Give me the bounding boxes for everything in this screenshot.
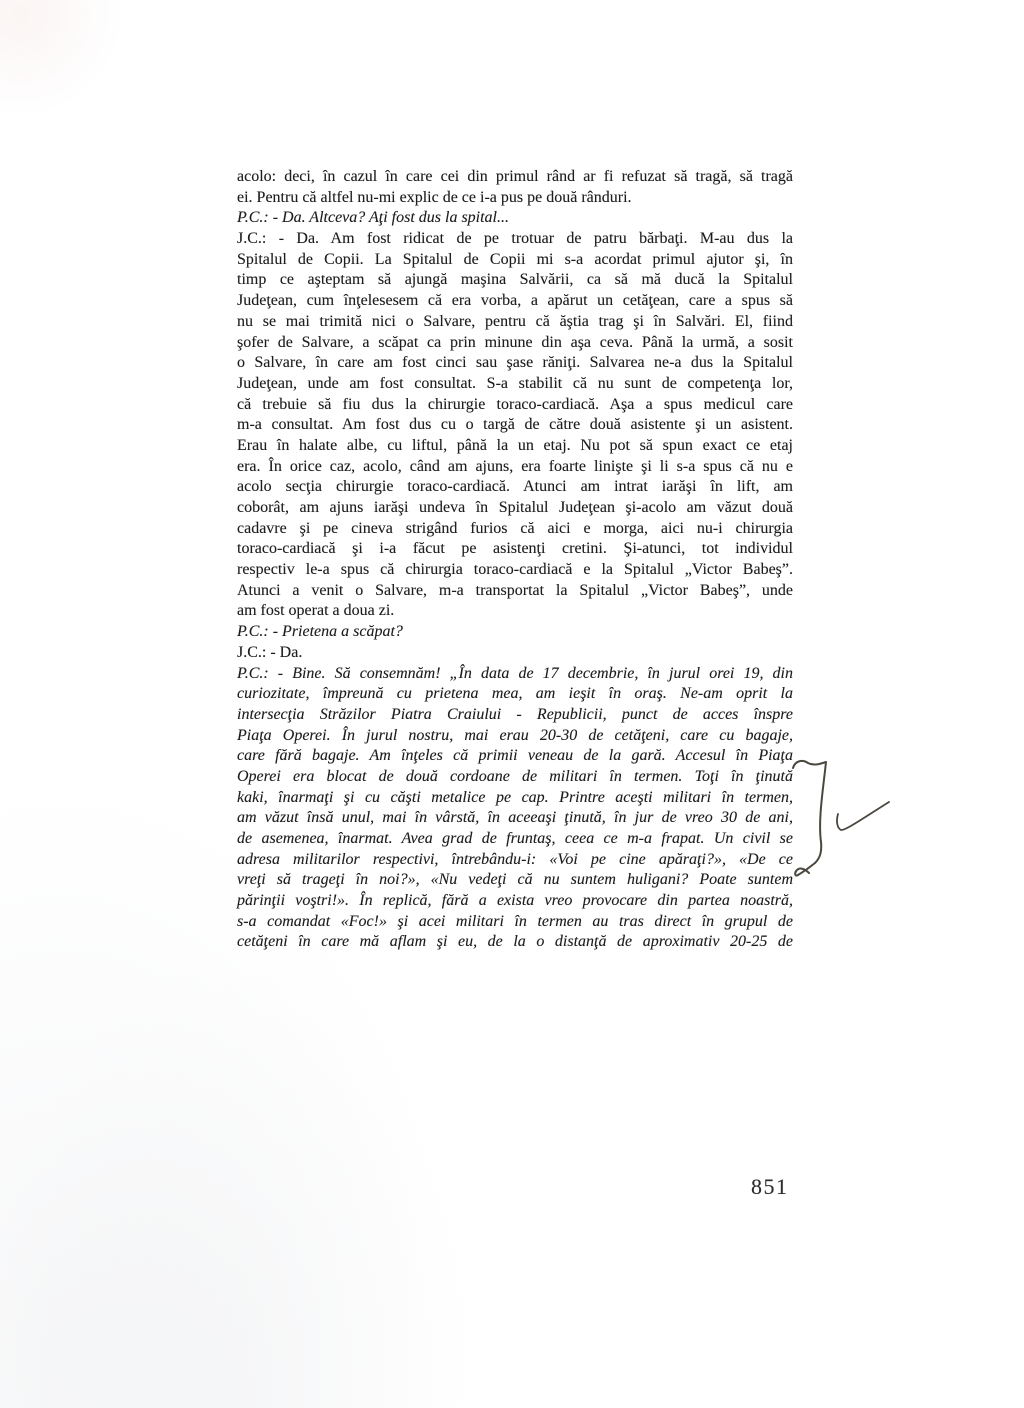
scanned-page: acolo: deci, în cazul în care cei din pr… <box>0 0 1024 1408</box>
text-line: acolo: deci, în cazul în care cei din pr… <box>237 167 793 188</box>
text-line: cadavre şi pe cineva strigând furios că … <box>237 519 793 540</box>
text-line: am văzut însă unul, mai în vârstă, în ac… <box>237 808 793 829</box>
text-line: J.C.: - Da. Am fost ridicat de pe trotua… <box>237 229 793 250</box>
text-line: Judeţean, unde am fost consultat. S-a st… <box>237 374 793 395</box>
text-line: toraco-cardiacă şi i-a făcut pe asistenţ… <box>237 539 793 560</box>
text-line: Operei era blocat de două cordoane de mi… <box>237 767 793 788</box>
page-text: acolo: deci, în cazul în care cei din pr… <box>237 167 793 953</box>
text-line: P.C.: - Bine. Să consemnăm! „În data de … <box>237 664 793 685</box>
text-line: o Salvare, în care am fost cinci sau şas… <box>237 353 793 374</box>
text-line: adresa militarilor respectivi, întrebând… <box>237 850 793 871</box>
text-line: de asemenea, înarmat. Avea grad de frunt… <box>237 829 793 850</box>
text-line: că trebuie să fiu dus la chirurgie torac… <box>237 395 793 416</box>
text-line: Judeţean, cum înţelesesem că era vorba, … <box>237 291 793 312</box>
text-line: curiozitate, împreună cu prietena mea, a… <box>237 684 793 705</box>
text-line: kaki, înarmaţi şi cu căşti metalice pe c… <box>237 788 793 809</box>
text-line: nu se mai trimită nici o Salvare, pentru… <box>237 312 793 333</box>
text-line: s-a comandat «Foc!» şi acei militari în … <box>237 912 793 933</box>
text-line: părinţii voştri!». În replică, fără a ex… <box>237 891 793 912</box>
text-line: am fost operat a doua zi. <box>237 601 793 622</box>
text-line: vreţi să trageţi în noi?», «Nu vedeţi că… <box>237 870 793 891</box>
text-line: P.C.: - Prietena a scăpat? <box>237 622 793 643</box>
page-number: 851 <box>751 1174 789 1200</box>
text-line: Atunci a venit o Salvare, m-a transporta… <box>237 581 793 602</box>
text-line: intersecţia Străzilor Piatra Craiului - … <box>237 705 793 726</box>
handwritten-checkmark-icon <box>837 802 889 830</box>
text-line: era. În orice caz, acolo, când am ajuns,… <box>237 457 793 478</box>
text-line: coborât, am ajuns iarăşi undeva în Spita… <box>237 498 793 519</box>
text-line: Piaţa Operei. În jurul nostru, mai erau … <box>237 726 793 747</box>
text-line: Erau în halate albe, cu liftul, până la … <box>237 436 793 457</box>
text-line: J.C.: - Da. <box>237 643 793 664</box>
handwritten-bracket-icon <box>793 761 826 876</box>
text-line: acolo secţia chirurgie toraco-cardiacă. … <box>237 477 793 498</box>
text-line: ei. Pentru că altfel nu-mi explic de ce … <box>237 188 793 209</box>
text-line: Spitalul de Copii. La Spitalul de Copii … <box>237 250 793 271</box>
margin-annotation <box>785 750 897 890</box>
text-line: şofer de Salvare, a scăpat ca prin minun… <box>237 333 793 354</box>
text-line: P.C.: - Da. Altceva? Aţi fost dus la spi… <box>237 208 793 229</box>
text-line: timp ce aşteptam să ajungă maşina Salvăr… <box>237 270 793 291</box>
text-line: care fără bagaje. Am înţeles că primii v… <box>237 746 793 767</box>
text-line: m-a consultat. Am fost dus cu o targă de… <box>237 415 793 436</box>
text-line: cetăţeni în care mă aflam şi eu, de la o… <box>237 932 793 953</box>
text-line: respectiv le-a spus că chirurgia toraco-… <box>237 560 793 581</box>
